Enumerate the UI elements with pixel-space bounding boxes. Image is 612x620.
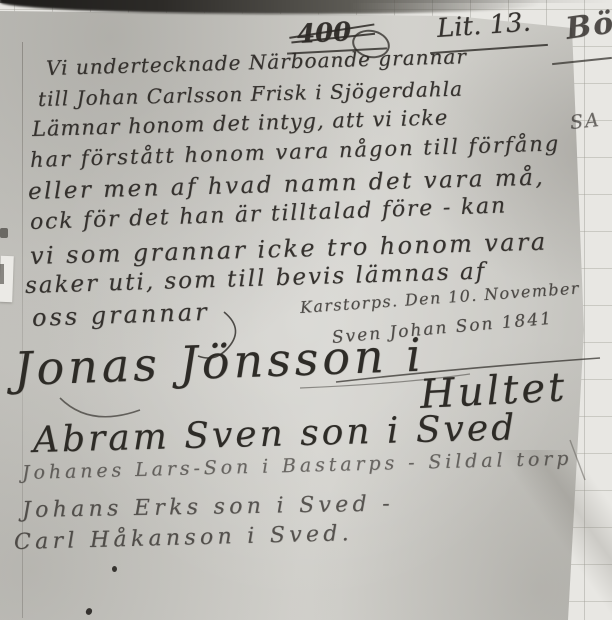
left-edge-ink-mark [0,228,8,238]
bottom-right-crease [472,450,612,620]
struck-number: 400 [296,17,352,50]
ink-dot [112,566,117,572]
left-edge-ink-mark [0,264,4,284]
margin-fragment-right-edge: SA [569,109,602,134]
scanned-document-page: 400 Lit. 13. Vi undertecknade Närboande … [0,0,612,620]
